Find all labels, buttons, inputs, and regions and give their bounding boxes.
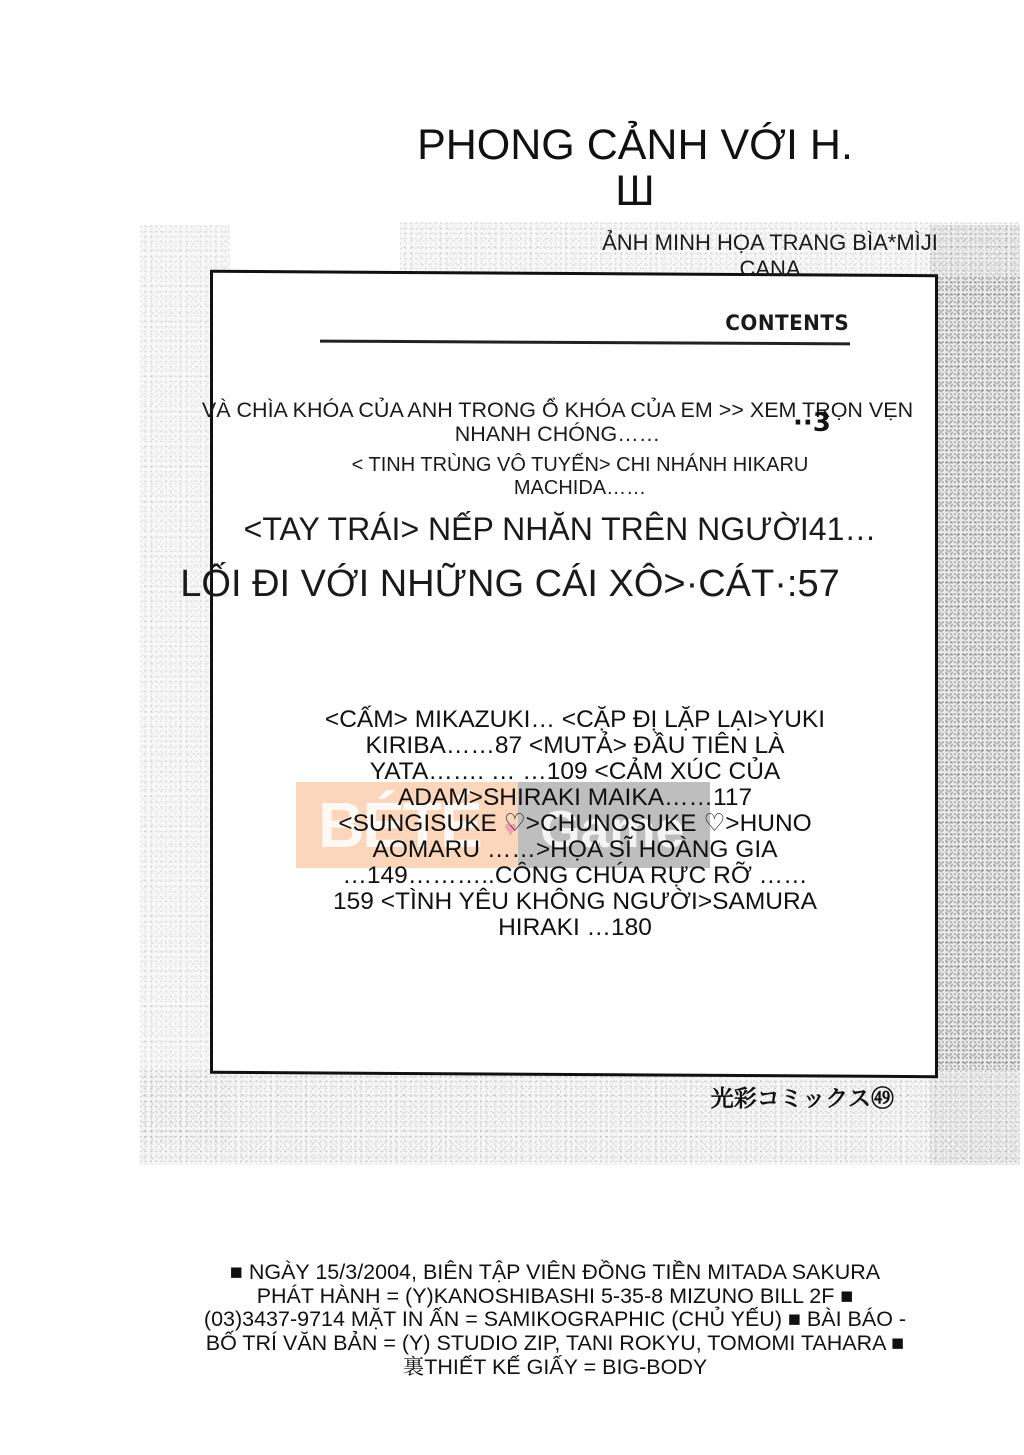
publisher-imprint: 光彩コミックス㊾ xyxy=(711,1080,894,1113)
page-title: PHONG CẢNH VỚI H. Ш xyxy=(380,122,890,215)
toc-entry-1: VÀ CHÌA KHÓA CỦA ANH TRONG Ổ KHÓA CỦA EM… xyxy=(150,398,965,446)
toc-entry-1-page: ··3 xyxy=(793,408,831,438)
contents-heading: CONTENTS xyxy=(725,311,849,335)
toc-entry-block: <CẤM> MIKAZUKI… <CẶP ĐỊ LẶP LẠI>YUKI KIR… xyxy=(300,707,850,941)
colophon: ■ NGÀY 15/3/2004, BIÊN TẬP VIÊN ĐỒNG TIỀ… xyxy=(160,1261,950,1379)
toc-entry-2: < TINH TRÙNG VÔ TUYẾN> CHI NHÁNH HIKARU … xyxy=(300,454,860,501)
toc-entry-3: <TAY TRÁI> NẾP NHĂN TRÊN NGƯỜI41… xyxy=(240,512,880,547)
contents-frame xyxy=(210,270,938,1078)
paper-texture-right xyxy=(930,225,1020,1165)
toc-entry-4: LỐI ĐI VỚI NHỮNG CÁI XÔ>·CÁT·:57 xyxy=(160,564,860,605)
cover-credit: ẢNH MINH HỌA TRANG BÌA*MÌJI CANA xyxy=(560,230,980,281)
